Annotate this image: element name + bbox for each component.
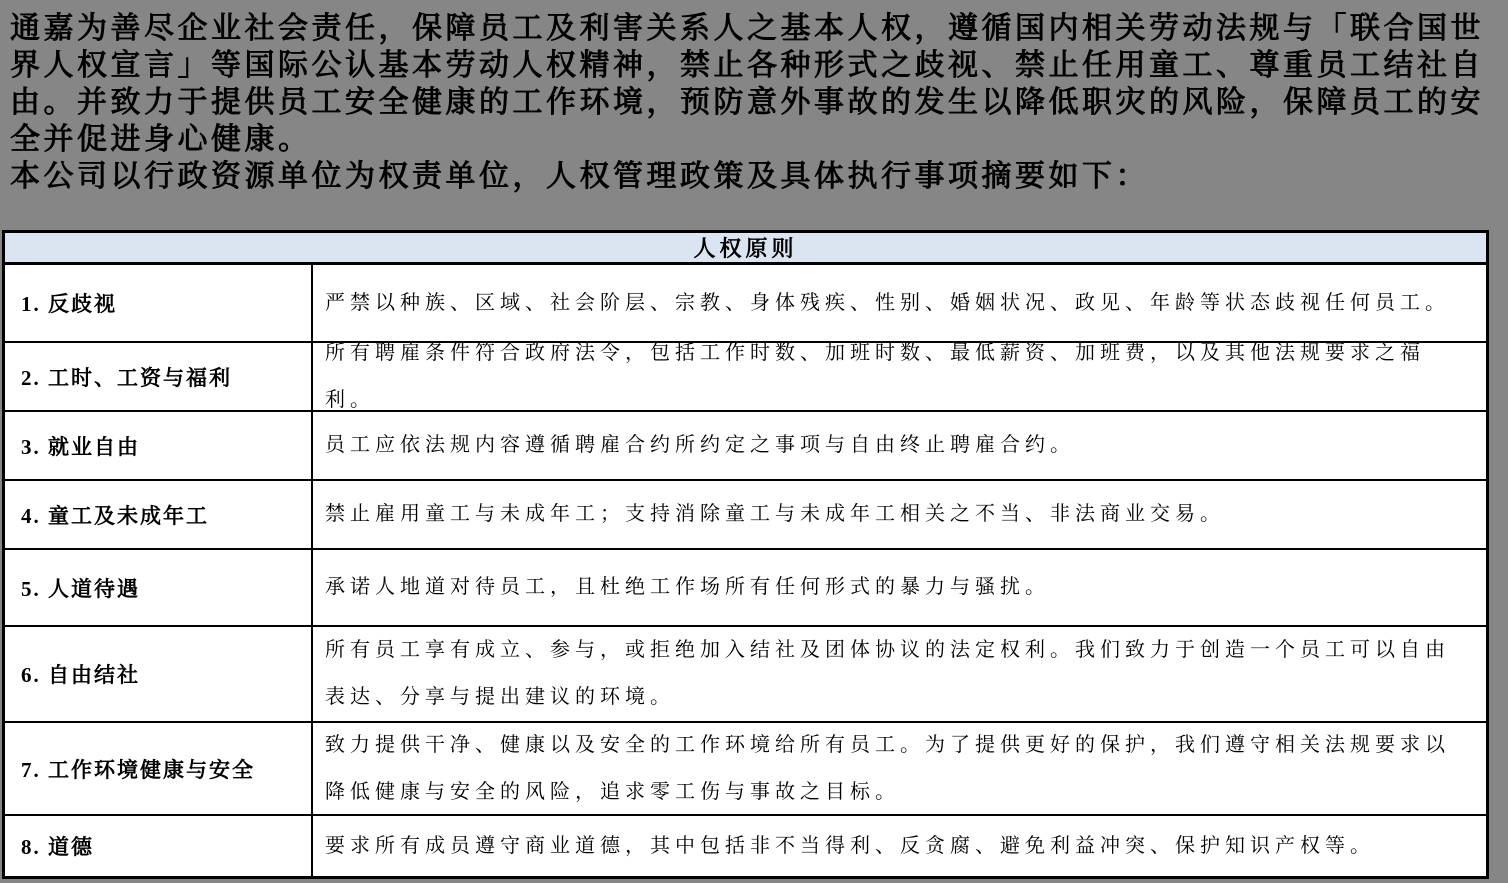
row-title: 6. 自由结社 <box>5 627 313 721</box>
intro-line: 全并促进身心健康。 <box>10 121 1500 158</box>
document-page: 通嘉为善尽企业社会责任，保障员工及利害关系人之基本人权，遵循国内相关劳动法规与「… <box>0 0 1508 883</box>
table-row-child-labor: 4. 童工及未成年工 禁止雇用童工与未成年工；支持消除童工与未成年工相关之不当、… <box>5 481 1486 550</box>
table-row-humane-treatment: 5. 人道待遇 承诺人地道对待员工，且杜绝工作场所有任何形式的暴力与骚扰。 <box>5 550 1486 627</box>
table-row-freedom-of-association: 6. 自由结社 所有员工享有成立、参与，或拒绝加入结社及团体协议的法定权利。我们… <box>5 627 1486 723</box>
table-title: 人权原则 <box>693 232 797 263</box>
row-description: 要求所有成员遵守商业道德，其中包括非不当得利、反贪腐、避免利益冲突、保护知识产权… <box>313 816 1486 876</box>
row-description: 承诺人地道对待员工，且杜绝工作场所有任何形式的暴力与骚扰。 <box>313 550 1486 625</box>
intro-paragraph: 通嘉为善尽企业社会责任，保障员工及利害关系人之基本人权，遵循国内相关劳动法规与「… <box>0 0 1508 195</box>
row-title: 5. 人道待遇 <box>5 550 313 625</box>
intro-line: 通嘉为善尽企业社会责任，保障员工及利害关系人之基本人权，遵循国内相关劳动法规与「… <box>10 10 1500 47</box>
row-title: 8. 道德 <box>5 816 313 876</box>
row-title: 7. 工作环境健康与安全 <box>5 723 313 814</box>
table-row-health-and-safety: 7. 工作环境健康与安全 致力提供干净、健康以及安全的工作环境给所有员工。为了提… <box>5 723 1486 816</box>
intro-line: 本公司以行政资源单位为权责单位，人权管理政策及具体执行事项摘要如下： <box>10 158 1500 195</box>
row-description: 所有员工享有成立、参与，或拒绝加入结社及团体协议的法定权利。我们致力于创造一个员… <box>313 627 1486 721</box>
row-description: 员工应依法规内容遵循聘雇合约所约定之事项与自由终止聘雇合约。 <box>313 412 1486 479</box>
table-header-row: 人权原则 <box>5 233 1486 265</box>
row-description: 禁止雇用童工与未成年工；支持消除童工与未成年工相关之不当、非法商业交易。 <box>313 481 1486 548</box>
row-title: 3. 就业自由 <box>5 412 313 479</box>
row-title: 2. 工时、工资与福利 <box>5 343 313 410</box>
row-title: 1. 反歧视 <box>5 265 313 341</box>
row-description: 所有聘雇条件符合政府法令，包括工作时数、加班时数、最低薪资、加班费，以及其他法规… <box>313 343 1486 410</box>
table-row-hours-wages-benefits: 2. 工时、工资与福利 所有聘雇条件符合政府法令，包括工作时数、加班时数、最低薪… <box>5 343 1486 412</box>
human-rights-table: 人权原则 1. 反歧视 严禁以种族、区域、社会阶层、宗教、身体残疾、性别、婚姻状… <box>2 230 1489 879</box>
intro-line: 界人权宣言」等国际公认基本劳动人权精神，禁止各种形式之歧视、禁止任用童工、尊重员… <box>10 47 1500 84</box>
row-description: 致力提供干净、健康以及安全的工作环境给所有员工。为了提供更好的保护，我们遵守相关… <box>313 723 1486 814</box>
table-row-employment-freedom: 3. 就业自由 员工应依法规内容遵循聘雇合约所约定之事项与自由终止聘雇合约。 <box>5 412 1486 481</box>
row-title: 4. 童工及未成年工 <box>5 481 313 548</box>
intro-line: 由。并致力于提供员工安全健康的工作环境，预防意外事故的发生以降低职灾的风险，保障… <box>10 84 1500 121</box>
table-row-ethics: 8. 道德 要求所有成员遵守商业道德，其中包括非不当得利、反贪腐、避免利益冲突、… <box>5 816 1486 876</box>
